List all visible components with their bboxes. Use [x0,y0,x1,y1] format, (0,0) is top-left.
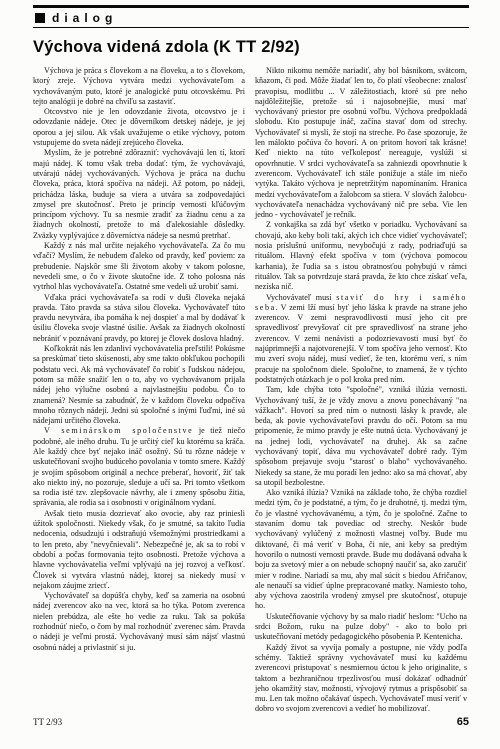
paragraph: Výchova je práca s človekom a na človeku… [33,66,245,107]
paragraph-text: je tiež niečo podobné, ale iného druhu. … [33,426,245,507]
paragraph: Uskutečňovanie výchovy by sa malo riadiť… [255,612,467,643]
paragraph-text: Výchova je práca s človekom a na človeku… [33,66,245,106]
emphasized-spaced-text: V seminárskom spoločenstve [44,426,193,435]
paragraph-text: Koľkokrát nás len zdanliví vychovávateli… [33,344,245,425]
paragraph: Tam, kde chýba toto "spoločné", vzniká i… [255,385,467,488]
paragraph: Vychovávateľ musí staviť do hry i samého… [255,293,467,386]
text-column-right: Nikto nikomu nemôže nariadiť, aby bol bá… [255,66,467,715]
paragraph: Koľkokrát nás len zdanliví vychovávateli… [33,344,245,426]
paragraph: Každý život sa vyvíja pomaly a postupne,… [255,643,467,715]
paragraph-text: Uskutečňovanie výchovy by sa malo riadiť… [255,612,467,642]
page-footer: TT 2/93 65 [33,716,469,728]
journal-issue-label: TT 2/93 [33,717,62,727]
paragraph-text: Z vonkajška sa zdá byť všetko v poriadku… [255,220,467,291]
paragraph-text: Tam, kde chýba toto "spoločné", vzniká i… [255,385,467,487]
paragraph: Vďaka práci vychovávateľa sa rodí v duši… [33,293,245,344]
paragraph-text: Vychovávateľ musí [266,293,336,302]
scanned-magazine-page: dialog Výchova videná zdola (K TT 2/92) … [0,0,500,749]
paragraph: Otcovstvo nie je len odovzdanie života, … [33,107,245,148]
paragraph-text: . V zemi lží musí byť jeho láska k pravd… [255,303,467,384]
paragraph: Myslím, že je potrebné zdôrazniť: vychov… [33,148,245,241]
paragraph: Avšak tieto musia dozrievať ako ovocie, … [33,509,245,591]
paragraph-text: Vychovávateľ sa dopúšťa chyby, keď sa za… [33,591,245,651]
black-square-icon [35,13,45,23]
paragraph-text: Každý z nás mal určite nejakého vychováv… [33,241,245,291]
paragraph: Ako vzniká ilúzia? Vzniká na základe toh… [255,488,467,612]
article-body: Výchova je práca s človekom a na človeku… [33,66,469,715]
paragraph-text: Avšak tieto musia dozrievať ako ovocie, … [33,509,245,590]
paragraph-text: Vďaka práci vychovávateľa sa rodí v duši… [33,293,245,343]
paragraph-text: Ako vzniká ilúzia? Vzniká na základe toh… [255,488,467,610]
section-masthead: dialog [33,8,469,27]
masthead-rule [33,27,469,28]
paragraph: Každý z nás mal určite nejakého vychováv… [33,241,245,292]
page-content: dialog Výchova videná zdola (K TT 2/92) … [33,0,469,715]
paragraph-text: Myslím, že je potrebné zdôrazniť: vychov… [33,148,245,239]
article-title: Výchova videná zdola (K TT 2/92) [33,38,469,57]
section-label: dialog [52,11,117,25]
page-number: 65 [457,716,469,728]
paragraph: V seminárskom spoločenstve je tiež niečo… [33,426,245,508]
paragraph: Z vonkajška sa zdá byť všetko v poriadku… [255,220,467,292]
text-column-left: Výchova je práca s človekom a na človeku… [33,66,245,715]
paragraph-text: Otcovstvo nie je len odovzdanie života, … [33,107,245,147]
paragraph-text: Nikto nikomu nemôže nariadiť, aby bol bá… [255,66,467,219]
paragraph-text: Každý život sa vyvíja pomaly a postupne,… [255,643,467,714]
paragraph: Vychovávateľ sa dopúšťa chyby, keď sa za… [33,591,245,653]
paragraph: Nikto nikomu nemôže nariadiť, aby bol bá… [255,66,467,220]
